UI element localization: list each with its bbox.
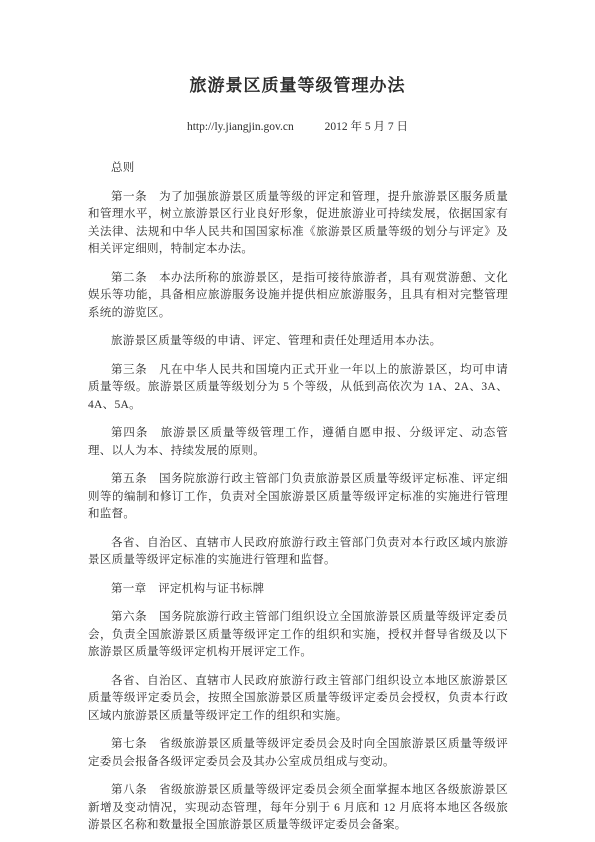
source-url: http://ly.jiangjin.gov.cn	[187, 121, 294, 133]
paragraph: 第七条 省级旅游景区质量等级评定委员会及时向全国旅游景区质量等级评定委员会报备各…	[88, 736, 508, 771]
paragraph: 各省、自治区、直辖市人民政府旅游行政主管部门负责对本行政区域内旅游景区质量等级评…	[88, 535, 508, 570]
publish-date: 2012 年 5 月 7 日	[325, 121, 408, 133]
paragraph: 第五条 国务院旅游行政主管部门负责旅游景区质量等级评定标准、评定细则等的编制和修…	[88, 471, 508, 524]
section-heading: 总则	[88, 160, 508, 178]
paragraph: 第六条 国务院旅游行政主管部门组织设立全国旅游景区质量等级评定委员会，负责全国旅…	[88, 609, 508, 662]
document-subtitle: http://ly.jiangjin.gov.cn 2012 年 5 月 7 日	[0, 120, 595, 135]
document-page: 旅游景区质量等级管理办法 http://ly.jiangjin.gov.cn 2…	[0, 0, 595, 842]
document-body: 总则第一条 为了加强旅游景区质量等级的评定和管理，提升旅游景区服务质量和管理水平…	[88, 160, 508, 835]
paragraph: 第八条 省级旅游景区质量等级评定委员会须全面掌握本地区各级旅游景区新增及变动情况…	[88, 782, 508, 835]
section-heading: 第一章 评定机构与证书标牌	[88, 581, 508, 599]
paragraph: 第一条 为了加强旅游景区质量等级的评定和管理，提升旅游景区服务质量和管理水平，树…	[88, 189, 508, 259]
document-title: 旅游景区质量等级管理办法	[0, 0, 595, 98]
paragraph: 第二条 本办法所称的旅游景区，是指可接待旅游者，具有观赏游憩、文化娱乐等功能，具…	[88, 270, 508, 323]
paragraph: 各省、自治区、直辖市人民政府旅游行政主管部门组织设立本地区旅游景区质量等级评定委…	[88, 673, 508, 726]
paragraph: 第四条 旅游景区质量等级管理工作，遵循自愿申报、分级评定、动态管理、以人为本、持…	[88, 425, 508, 460]
paragraph: 第三条 凡在中华人民共和国境内正式开业一年以上的旅游景区，均可申请质量等级。旅游…	[88, 362, 508, 415]
paragraph: 旅游景区质量等级的申请、评定、管理和责任处理适用本办法。	[88, 333, 508, 351]
